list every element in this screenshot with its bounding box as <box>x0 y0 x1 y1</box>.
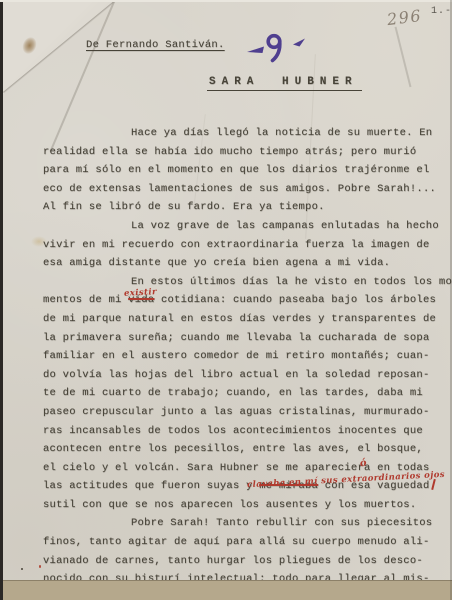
typed-line: Pobre Sarah! Tanto rebullir con sus piec… <box>43 514 443 533</box>
typed-segment: de mi parque natural en estos días verde… <box>43 313 436 325</box>
scan-top-edge <box>0 0 452 2</box>
red-handwritten-note: existir <box>124 283 158 303</box>
typed-line: vivir en mi recuerdo con extraordinaria … <box>43 236 443 255</box>
typed-segment: Al fin se libró de su fardo. Era ya tiem… <box>43 201 325 213</box>
typed-segment: eco de extensas lamentaciones de sus ami… <box>43 183 436 195</box>
typed-line: te de mi cuarto de trabajo; cuando, en l… <box>43 384 443 403</box>
typed-line: Hace ya días llegó la noticia de su muer… <box>43 124 443 143</box>
typed-segment-struck: me mirabaclavaba en mí sus extraordinari… <box>259 480 318 492</box>
typed-line: ras incansables de todos los acontecimie… <box>43 422 443 441</box>
typed-line: En estos últimos días la he visto en tod… <box>43 273 443 292</box>
typed-segment: finos, tanto agitar de aquí para allá su… <box>43 536 430 548</box>
typed-line: do volvía las hojas del libro actual en … <box>43 366 443 385</box>
author-byline: De Fernando Santiván. <box>86 39 225 51</box>
typed-segment: la primavera sureña; cuando me llevaba l… <box>43 332 430 344</box>
typed-line: familiar en el austero comedor de mi ret… <box>43 347 443 366</box>
typed-segment-struck: vidaexistir <box>128 294 154 306</box>
typed-segment: ras incansables de todos los acontecimie… <box>43 425 423 437</box>
typed-line: para mí sólo en el momento en que los di… <box>43 161 443 180</box>
typed-line: la primavera sureña; cuando me llevaba l… <box>43 329 443 348</box>
typed-segment: La voz grave de las campanas enlutadas h… <box>131 220 439 232</box>
typed-line: mentos de mi vidaexistir cotidiana: cuan… <box>43 291 443 310</box>
typed-line: sutil con que se nos aparecen los ausent… <box>43 496 443 515</box>
paper-speck <box>21 568 23 570</box>
typed-segment: realidad ella se había ido mucho tiempo … <box>43 146 416 158</box>
typed-segment: paseo crepuscular junto a las aguas cris… <box>43 406 430 418</box>
typed-segment: las actitudes que fueron suyas y <box>43 480 259 492</box>
purple-marker-9-icon <box>245 29 309 65</box>
typed-segment: mentos de mi <box>43 294 128 306</box>
typed-segment: esa amiga distante que yo creía bien age… <box>43 257 390 269</box>
typed-line: eco de extensas lamentaciones de sus ami… <box>43 180 443 199</box>
typed-segment: vianado de carnes, tanto hurgar los plie… <box>43 555 423 567</box>
document-title: SARA HUBNER <box>207 76 362 91</box>
pencil-archive-number: 296 <box>386 6 423 29</box>
typed-segment: para mí sólo en el momento en que los di… <box>43 164 430 176</box>
typed-page-number: 1.- <box>431 6 452 17</box>
paper-crease <box>395 27 411 88</box>
typed-segment: Hace ya días llegó la noticia de su muer… <box>131 127 432 139</box>
typed-segment: vivir en mi recuerdo con extraordinaria … <box>43 239 430 251</box>
typed-segment: sutil con que se nos aparecen los ausent… <box>43 499 416 511</box>
typed-line: Al fin se libró de su fardo. Era ya tiem… <box>43 198 443 217</box>
typed-line: realidad ella se había ido mucho tiempo … <box>43 143 443 162</box>
typed-line: de mi parque natural en estos días verde… <box>43 310 443 329</box>
typed-segment: te de mi cuarto de trabajo; cuando, en l… <box>43 387 423 399</box>
typed-segment: acontecen entre los pecesillos, entre la… <box>43 443 423 455</box>
typed-line: paseo crepuscular junto a las aguas cris… <box>43 403 443 422</box>
typed-segment: familiar en el austero comedor de mi ret… <box>43 350 430 362</box>
scanned-manuscript-page: De Fernando Santiván. 296 1.- SARA HUBNE… <box>0 0 452 600</box>
typed-line: las actitudes que fueron suyas y me mira… <box>43 477 443 496</box>
typed-line: acontecen entre los pecesillos, entre la… <box>43 440 443 459</box>
typed-segment: cotidiana: cuando paseaba bajo los árbol… <box>154 294 436 306</box>
typed-line: vianado de carnes, tanto hurgar los plie… <box>43 552 443 571</box>
typed-body-text: Hace ya días llegó la noticia de su muer… <box>43 124 443 589</box>
scan-background-band <box>3 580 452 600</box>
typed-segment: Pobre Sarah! Tanto rebullir con sus piec… <box>131 517 432 529</box>
typed-segment: el cielo y el volcán. Sara Hubner se me … <box>43 462 344 474</box>
typed-segment: do volvía las hojas del libro actual en … <box>43 369 430 381</box>
handwritten-9-annotation <box>245 29 309 70</box>
typed-segment: En estos últimos días la he visto en tod… <box>131 276 452 288</box>
typed-line: finos, tanto agitar de aquí para allá su… <box>43 533 443 552</box>
typed-line: esa amiga distante que yo creía bien age… <box>43 254 443 273</box>
paper-sheet: De Fernando Santiván. 296 1.- SARA HUBNE… <box>3 2 452 580</box>
paper-speck <box>39 565 41 568</box>
typed-segment: con esa vaguedad <box>318 480 429 492</box>
typed-line: La voz grave de las campanas enlutadas h… <box>43 217 443 236</box>
